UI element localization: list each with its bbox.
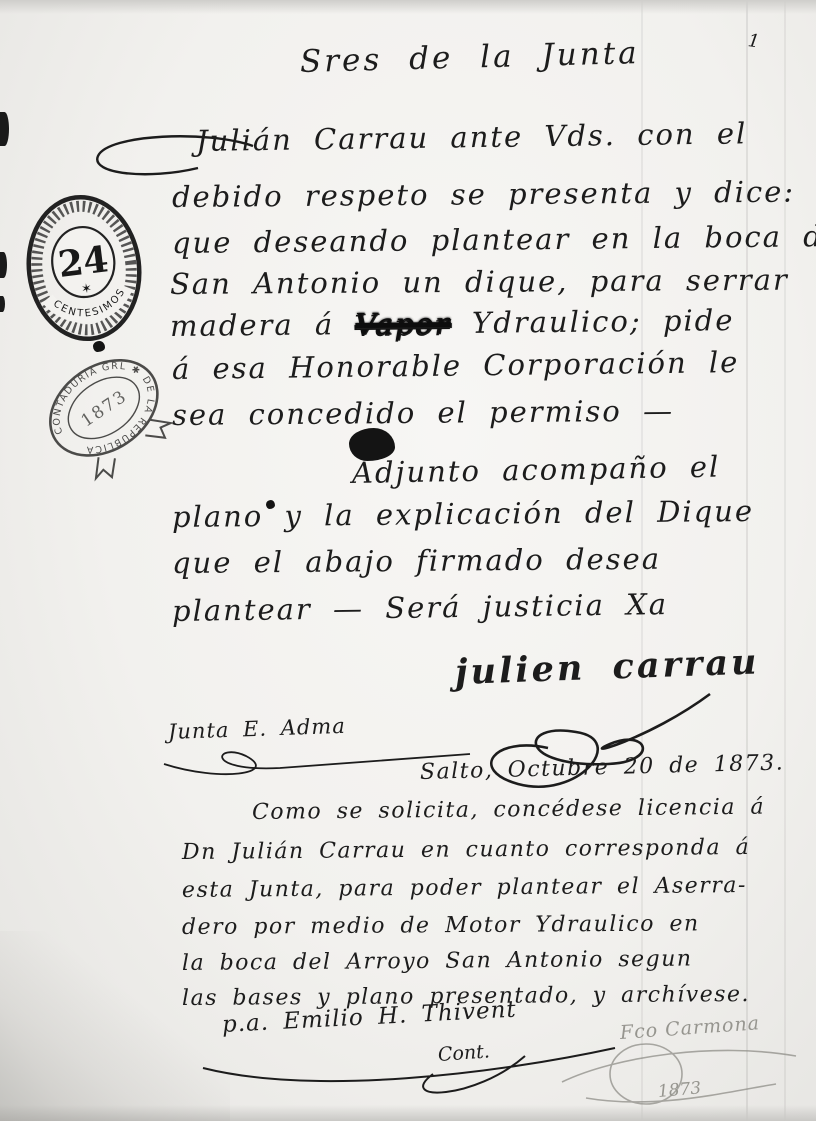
manuscript-line: que deseando plantear en la boca de (172, 219, 816, 260)
manuscript-line: esta Junta, para poder plantear el Aserr… (182, 873, 747, 903)
manuscript-line: Julián Carrau ante Vds. con el (196, 116, 748, 158)
paper-crease (746, 0, 748, 1121)
manuscript-line: plantear — Será justicia Xa (172, 587, 668, 628)
manuscript-line-with-strikeout: madera á Vapor Ydraulico; pide (170, 303, 735, 343)
corner-mark: 1 (747, 30, 761, 52)
manuscript-line: Adjunto acompaño el (352, 450, 721, 490)
petitioner-signature: julien carrau (454, 641, 760, 693)
stamp-value: 24 (56, 238, 111, 286)
document-heading: Sres de la Junta (300, 35, 641, 80)
scan-artifact (0, 252, 7, 278)
manuscript-line: que el abajo firmado desea (172, 542, 661, 580)
manuscript-line: á esa Honorable Corporación le (172, 345, 740, 386)
paper-crease (784, 0, 786, 1121)
faint-signature-scrawl (556, 1032, 806, 1121)
manuscript-line: San Antonio un dique, para serrar (170, 263, 789, 301)
faint-year: 1873 (657, 1078, 702, 1102)
manuscript-line: plano y la explicación del Dique (172, 494, 754, 534)
manuscript-line: Como se solicita, concédese licencia á (252, 795, 765, 825)
struck-word: Vapor (355, 306, 451, 341)
stamp-year: 1873 (78, 386, 132, 431)
manuscript-line: debido respeto se presenta y dice: (172, 175, 795, 214)
manuscript-line: dero por medio de Motor Ydraulico en (182, 911, 700, 940)
manuscript-line: sea concedido el permiso — (172, 394, 674, 432)
manuscript-line: Dn Julián Carrau en cuanto corresponda á (182, 835, 750, 865)
secretary-title: Cont. (437, 1040, 490, 1066)
scan-artifact (0, 296, 5, 312)
scan-artifact (0, 112, 9, 146)
stamp-star-icon: ✶ (80, 281, 93, 297)
scan-edge-shadow (0, 0, 816, 14)
line-segment: madera á (170, 307, 356, 343)
manuscript-line: la boca del Arroyo San Antonio segun (182, 947, 693, 976)
scanned-document-page: 1 Sres de la Junta Julián Carrau ante Vd… (0, 0, 816, 1121)
line-segment: Ydraulico; pide (451, 303, 735, 340)
